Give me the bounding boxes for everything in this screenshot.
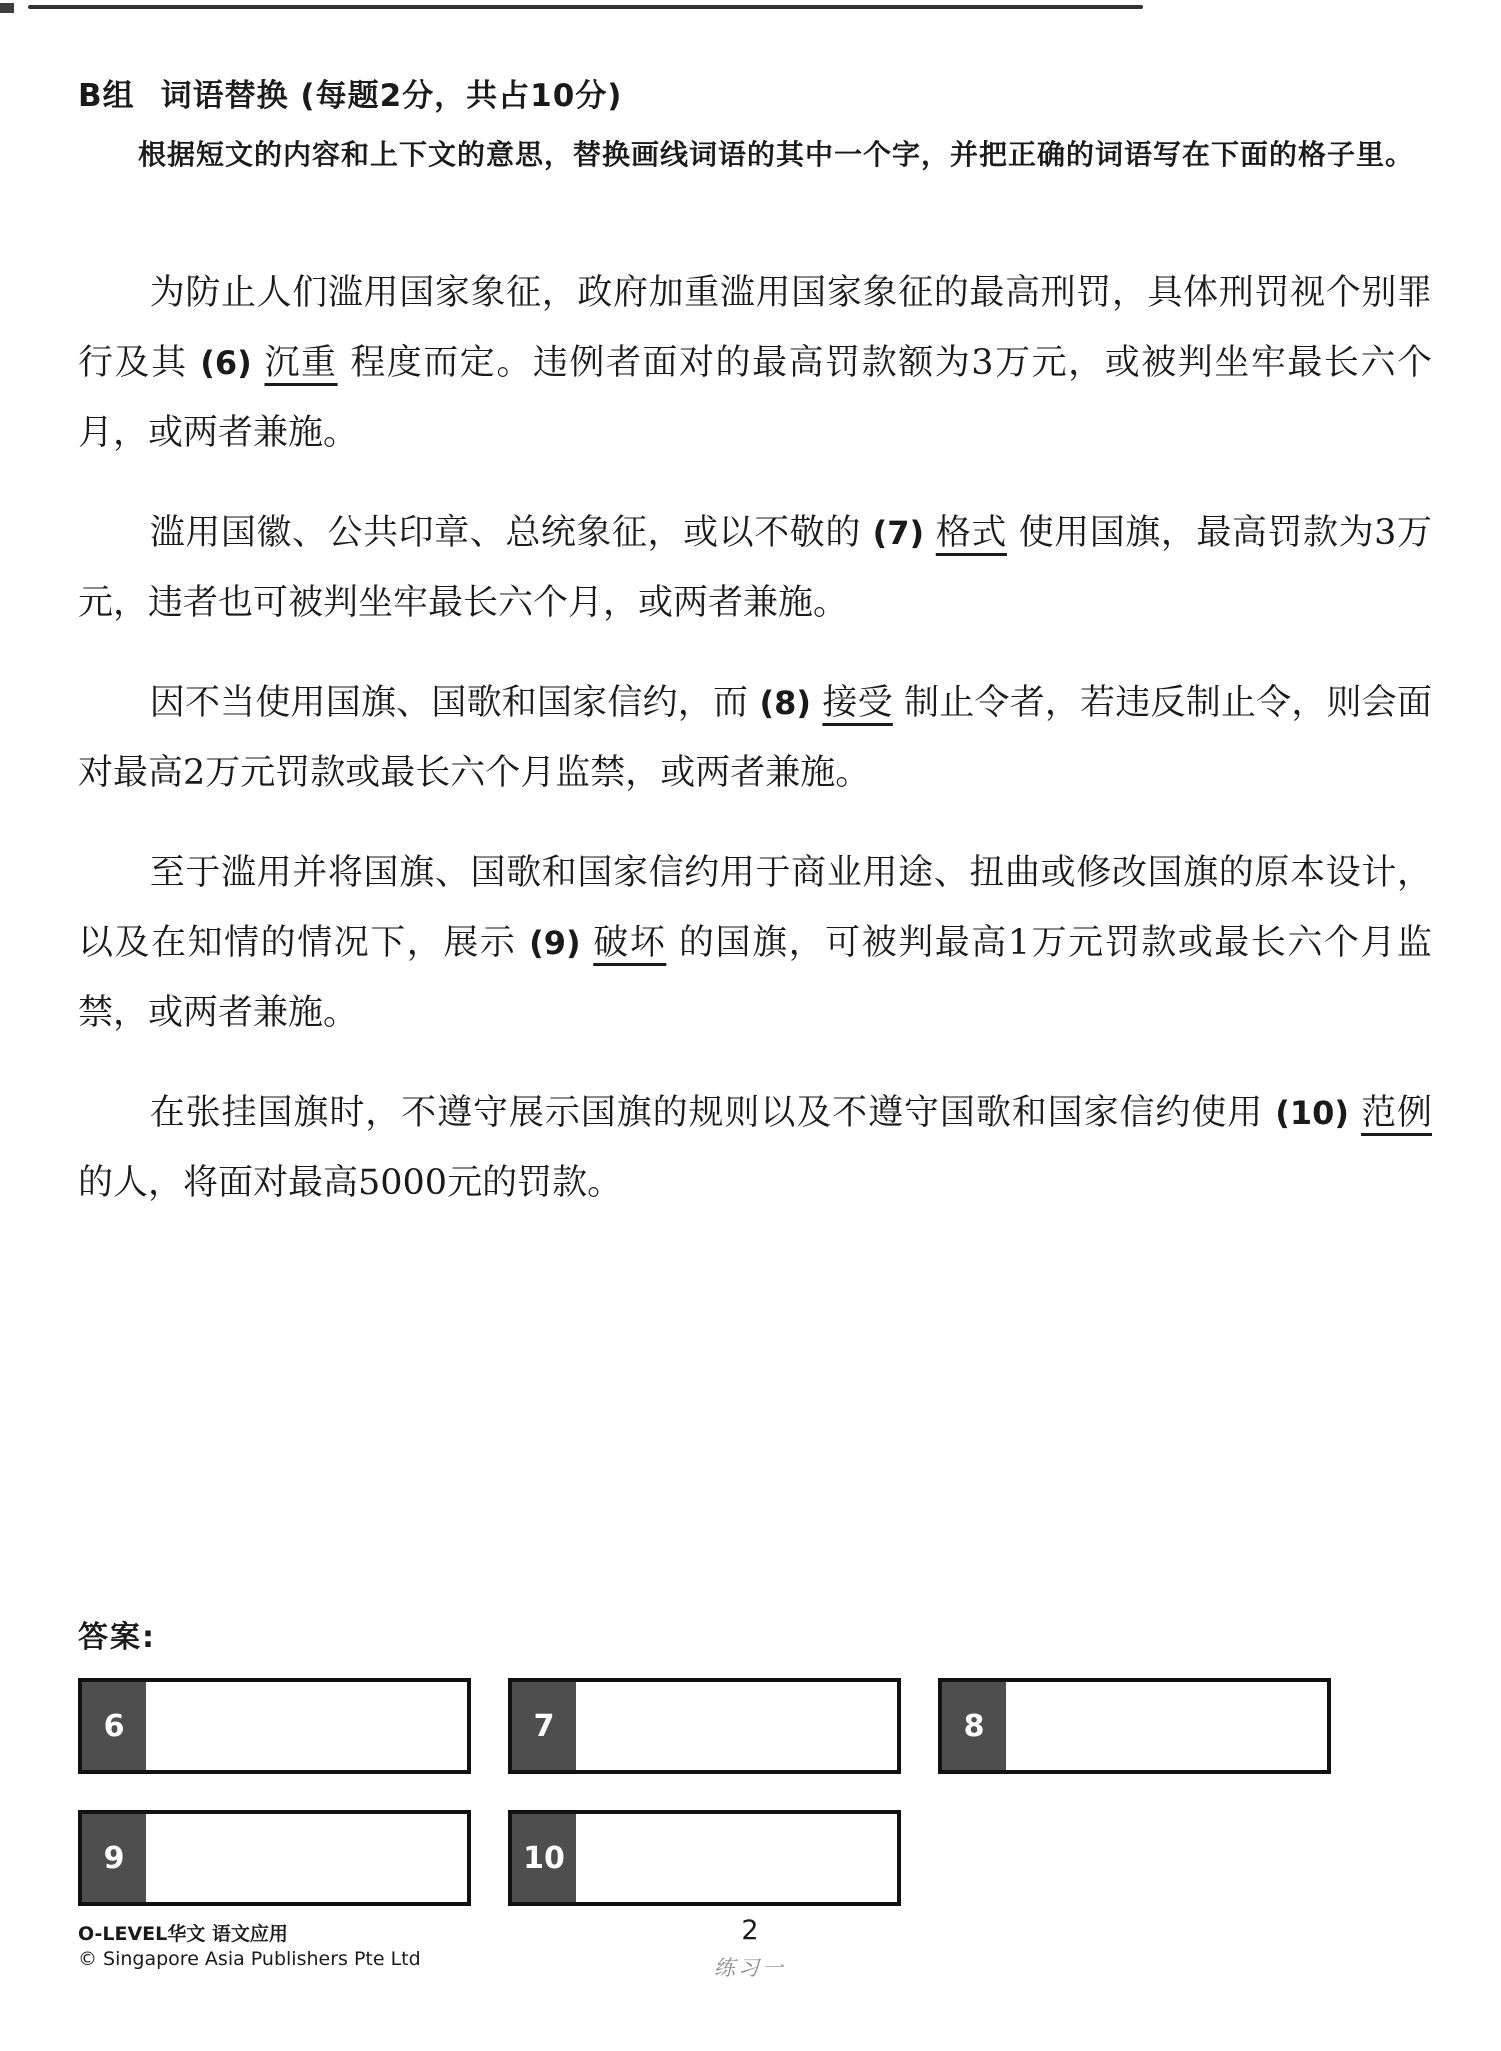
footer-center: 2 练习一 [650,1915,850,1982]
answer-input-area-6[interactable] [146,1682,467,1770]
answer-input-area-9[interactable] [146,1814,467,1902]
worksheet-page: B组词语替换 (每题2分，共占10分) 根据短文的内容和上下文的意思，替换画线词… [0,0,1501,2051]
passage-text: 滥用国徽、公共印章、总统象征，或以不敬的 [150,513,873,553]
answer-box-number: 7 [512,1682,576,1770]
question-number: (9) [529,924,593,962]
answer-box-number: 10 [512,1814,576,1902]
answers-label: 答案: [78,1612,156,1656]
answer-box-number: 8 [942,1682,1006,1770]
question-number: (10) [1275,1094,1361,1132]
underlined-word: 破坏 [593,923,666,963]
answer-box-8: 8 [938,1678,1331,1774]
question-number: (8) [760,684,823,722]
scan-artifact-mark [0,3,14,13]
paragraph: 滥用国徽、公共印章、总统象征，或以不敬的 (7) 格式 使用国旗，最高罚款为3万… [78,498,1432,638]
question-number: (7) [873,514,936,552]
paragraph: 因不当使用国旗、国歌和国家信约，而 (8) 接受 制止令者，若违反制止令，则会面… [78,668,1432,808]
answer-box-9: 9 [78,1810,471,1906]
underlined-word: 格式 [936,513,1007,553]
underlined-word: 沉重 [264,343,337,383]
answer-input-area-7[interactable] [576,1682,897,1770]
passage-text: 的人，将面对最高5000元的罚款。 [78,1163,622,1203]
underlined-word: 接受 [822,683,892,723]
passage-text: 因不当使用国旗、国歌和国家信约，而 [150,683,760,723]
underlined-word: 范例 [1361,1093,1432,1133]
question-number: (6) [200,344,264,382]
answers-grid: 678910 [78,1678,1363,1906]
answer-input-area-10[interactable] [576,1814,897,1902]
instructions-text: 根据短文的内容和上下文的意思，替换画线词语的其中一个字，并把正确的词语写在下面的… [138,133,1438,177]
answer-box-6: 6 [78,1678,471,1774]
footer-series-title: O-LEVEL华文 语文应用 [78,1922,421,1947]
paragraph: 为防止人们滥用国家象征，政府加重滥用国家象征的最高刑罚，具体刑罚视个别罪行及其 … [78,258,1432,468]
answer-box-number: 9 [82,1814,146,1902]
body-paragraphs: 为防止人们滥用国家象征，政府加重滥用国家象征的最高刑罚，具体刑罚视个别罪行及其 … [78,258,1432,1218]
group-label: B组 [78,78,135,114]
answer-input-area-8[interactable] [1006,1682,1327,1770]
answer-box-7: 7 [508,1678,901,1774]
footer-left: O-LEVEL华文 语文应用 © Singapore Asia Publishe… [78,1922,421,1972]
scan-artifact-line [28,5,1143,9]
paragraph: 在张挂国旗时，不遵守展示国旗的规则以及不遵守国歌和国家信约使用 (10) 范例 … [78,1078,1432,1218]
answer-box-number: 6 [82,1682,146,1770]
passage-text: 在张挂国旗时，不遵守展示国旗的规则以及不遵守国歌和国家信约使用 [150,1093,1275,1133]
section-title: 词语替换 (每题2分，共占10分) [161,78,623,114]
section-header: B组词语替换 (每题2分，共占10分) [78,70,622,115]
page-number: 2 [650,1915,850,1946]
answer-box-10: 10 [508,1810,901,1906]
paragraph: 至于滥用并将国旗、国歌和国家信约用于商业用途、扭曲或修改国旗的原本设计，以及在知… [78,838,1432,1048]
exercise-label: 练习一 [650,1952,850,1982]
footer-copyright: © Singapore Asia Publishers Pte Ltd [78,1947,421,1972]
